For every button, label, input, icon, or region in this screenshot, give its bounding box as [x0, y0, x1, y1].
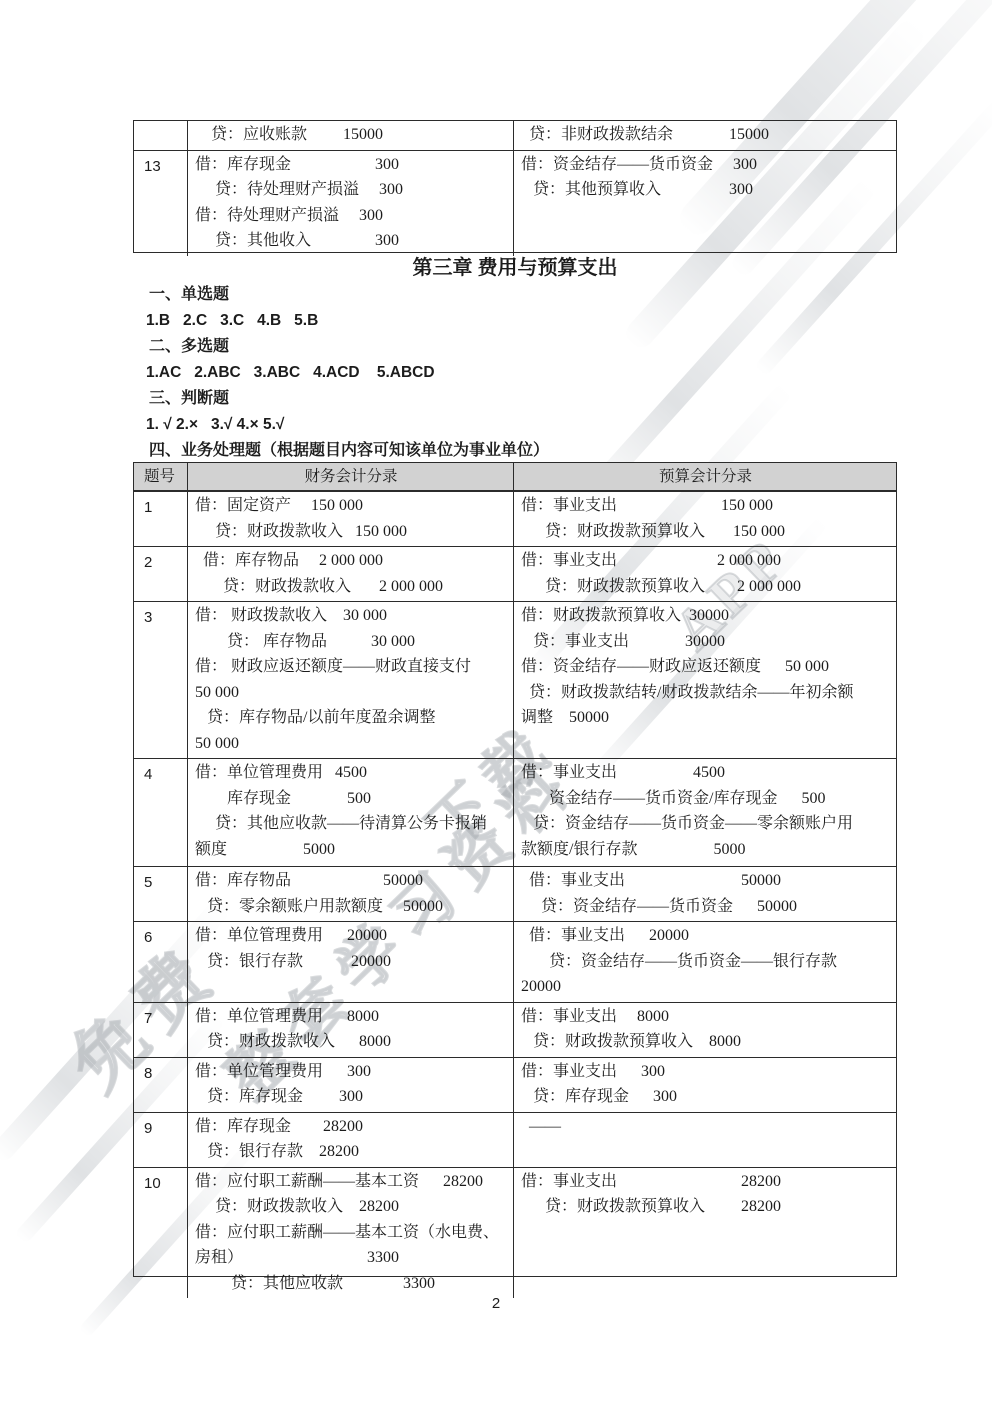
section-heading-true-false: 三、判断题 [133, 386, 897, 412]
financial-entry-cell: 贷：应收账款 15000 [188, 121, 514, 150]
entry-number-cell: 6 [134, 922, 188, 1002]
financial-entry-cell: 借：单位管理费用 8000 贷：财政拨款收入 8000 [188, 1003, 514, 1057]
budget-entry-cell: 借：事业支出 28200 贷：财政拨款预算收入 28200 [514, 1168, 896, 1299]
entry-number-cell: 5 [134, 867, 188, 921]
chapter-title: 第三章 费用与预算支出 [133, 254, 897, 282]
answer-sections: 第三章 费用与预算支出 一、单选题 1.B 2.C 3.C 4.B 5.B 二、… [133, 254, 897, 464]
table-row: 9借：库存现金 28200 贷：银行存款 28200 —— [134, 1113, 896, 1168]
table-row: 7借：单位管理费用 8000 贷：财政拨款收入 8000借：事业支出 8000 … [134, 1003, 896, 1058]
financial-entry-cell: 借：单位管理费用 20000 贷：银行存款 20000 [188, 922, 514, 1002]
table-row: 2 借：库存物品 2 000 000 贷：财政拨款收入 2 000 000借：事… [134, 547, 896, 602]
financial-entry-cell: 借：库存现金 28200 贷：银行存款 28200 [188, 1113, 514, 1167]
budget-entry-cell: 借：事业支出 20000 贷：资金结存——货币资金——银行存款 20000 [514, 922, 896, 1002]
entry-number-cell: 9 [134, 1113, 188, 1167]
entry-number-cell: 10 [134, 1168, 188, 1299]
section-heading-multi-choice: 二、多选题 [133, 334, 897, 360]
section-answers-single-choice: 1.B 2.C 3.C 4.B 5.B [133, 308, 897, 334]
financial-entry-cell: 借：应付职工薪酬——基本工资 28200 贷：财政拨款收入 28200 借：应付… [188, 1168, 514, 1299]
budget-entry-cell: 借：事业支出 4500 资金结存——货币资金/库存现金 500 贷：资金结存——… [514, 759, 896, 866]
financial-entry-cell: 借：库存物品 50000 贷：零余额账户用款额度 50000 [188, 867, 514, 921]
financial-entry-cell: 借：固定资产 150 000 贷：财政拨款收入 150 000 [188, 492, 514, 546]
entry-number-cell: 4 [134, 759, 188, 866]
table-row: 10借：应付职工薪酬——基本工资 28200 贷：财政拨款收入 28200 借：… [134, 1168, 896, 1299]
entry-number-cell [134, 121, 188, 150]
table-row: 6借：单位管理费用 20000 贷：银行存款 20000 借：事业支出 2000… [134, 922, 896, 1003]
header-budget-entries: 预算会计分录 [514, 463, 896, 490]
section-answers-true-false: 1. √ 2.× 3.√ 4.× 5.√ [133, 412, 897, 438]
page-number: 2 [0, 1295, 992, 1312]
financial-entry-cell: 借：单位管理费用 4500 库存现金 500 贷：其他应收款——待清算公务卡报销… [188, 759, 514, 866]
section-answers-multi-choice: 1.AC 2.ABC 3.ABC 4.ACD 5.ABCD [133, 360, 897, 386]
budget-entry-cell: 借：事业支出 300 贷：库存现金 300 [514, 1058, 896, 1112]
table-row: 1借：固定资产 150 000 贷：财政拨款收入 150 000借：事业支出 1… [134, 492, 896, 547]
table-row: 3借： 财政拨款收入 30 000 贷： 库存物品 30 000 借： 财政应返… [134, 602, 896, 759]
financial-entry-cell: 借：库存现金 300 贷：待处理财产损溢 300 借：待处理财产损溢 300 贷… [188, 151, 514, 256]
financial-entry-cell: 借：单位管理费用 300 贷：库存现金 300 [188, 1058, 514, 1112]
budget-entry-cell: —— [514, 1113, 896, 1167]
financial-entry-cell: 借： 财政拨款收入 30 000 贷： 库存物品 30 000 借： 财政应返还… [188, 602, 514, 758]
entry-number-cell: 3 [134, 602, 188, 758]
header-financial-entries: 财务会计分录 [188, 463, 514, 490]
section-heading-business-processing: 四、业务处理题（根据题目内容可知该单位为事业单位） [133, 438, 897, 464]
table-row: 13借：库存现金 300 贷：待处理财产损溢 300 借：待处理财产损溢 300… [134, 151, 896, 256]
journal-entry-table-top: 贷：应收账款 15000 贷：非财政拨款结余 1500013借：库存现金 300… [133, 120, 897, 253]
table-row: 贷：应收账款 15000 贷：非财政拨款结余 15000 [134, 121, 896, 151]
entry-number-cell: 7 [134, 1003, 188, 1057]
journal-entry-table-main: 题号 财务会计分录 预算会计分录 1借：固定资产 150 000 贷：财政拨款收… [133, 462, 897, 1277]
entry-number-cell: 2 [134, 547, 188, 601]
budget-entry-cell: 借：事业支出 8000 贷：财政拨款预算收入 8000 [514, 1003, 896, 1057]
page-content: 贷：应收账款 15000 贷：非财政拨款结余 1500013借：库存现金 300… [0, 0, 992, 1403]
document-page: 免费 整套学习资料 APP 下载 贷：应收账款 15000 贷：非财政拨款结余 … [0, 0, 992, 1403]
budget-entry-cell: 借：事业支出 50000 贷：资金结存——货币资金 50000 [514, 867, 896, 921]
table-header-row: 题号 财务会计分录 预算会计分录 [134, 463, 896, 492]
entry-number-cell: 8 [134, 1058, 188, 1112]
table-row: 8借：单位管理费用 300 贷：库存现金 300借：事业支出 300 贷：库存现… [134, 1058, 896, 1113]
entry-number-cell: 1 [134, 492, 188, 546]
section-heading-single-choice: 一、单选题 [133, 282, 897, 308]
budget-entry-cell: 借：事业支出 2 000 000 贷：财政拨款预算收入 2 000 000 [514, 547, 896, 601]
budget-entry-cell: 借：资金结存——货币资金 300 贷：其他预算收入 300 [514, 151, 896, 256]
budget-entry-cell: 贷：非财政拨款结余 15000 [514, 121, 896, 150]
table-row: 5借：库存物品 50000 贷：零余额账户用款额度 50000 借：事业支出 5… [134, 867, 896, 922]
table-row: 4借：单位管理费用 4500 库存现金 500 贷：其他应收款——待清算公务卡报… [134, 759, 896, 867]
budget-entry-cell: 借：财政拨款预算收入 30000 贷：事业支出 30000 借：资金结存——财政… [514, 602, 896, 758]
budget-entry-cell: 借：事业支出 150 000 贷：财政拨款预算收入 150 000 [514, 492, 896, 546]
header-entry-number: 题号 [134, 463, 188, 490]
financial-entry-cell: 借：库存物品 2 000 000 贷：财政拨款收入 2 000 000 [188, 547, 514, 601]
entry-number-cell: 13 [134, 151, 188, 256]
